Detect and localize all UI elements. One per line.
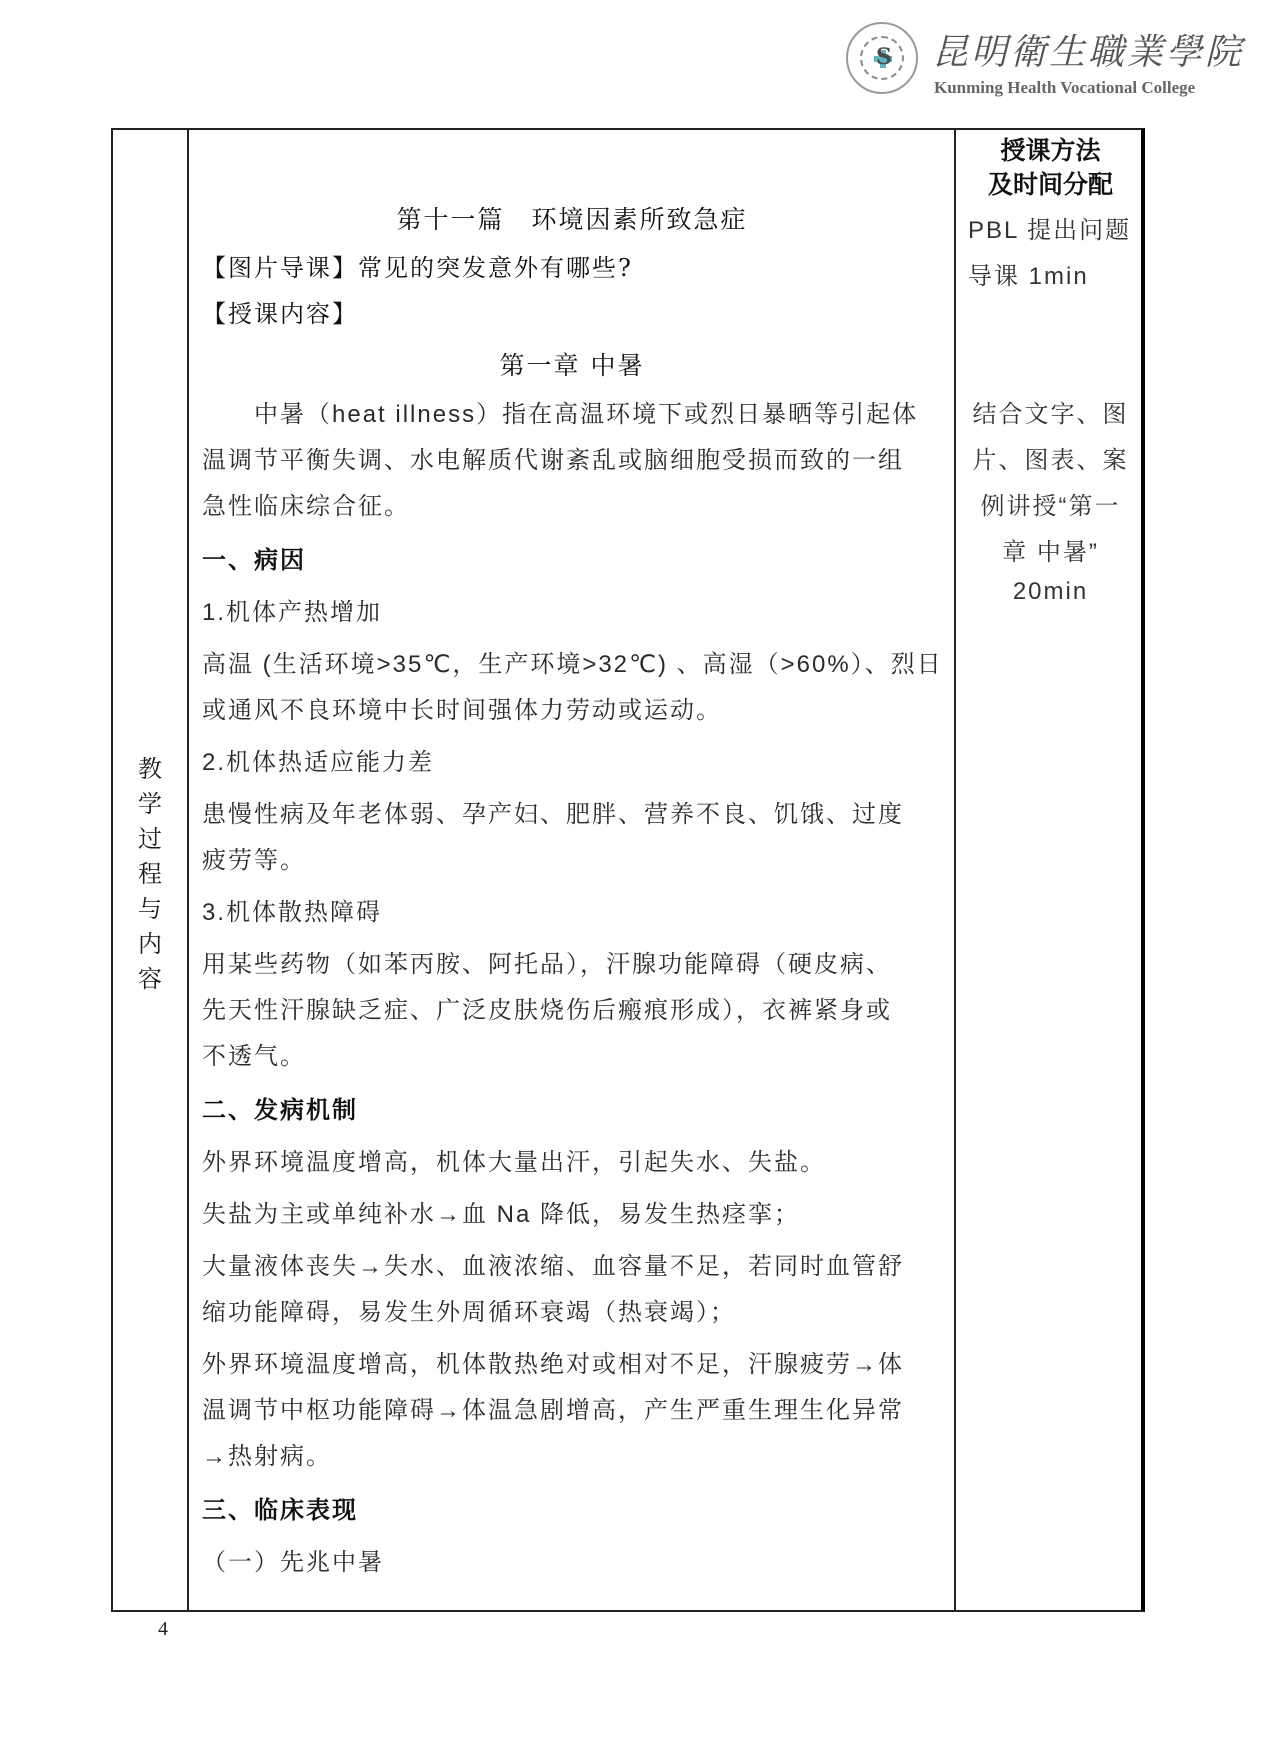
paragraph-line: 患慢性病及年老体弱、孕产妇、肥胖、营养不良、饥饿、过度 <box>202 794 904 829</box>
method-line: 导课 1min <box>956 256 1145 291</box>
definition-line: 中暑（heat illness）指在高温环境下或烈日暴晒等引起体 <box>202 394 918 429</box>
content-label: 【授课内容】 <box>202 294 358 329</box>
intro-label: 【图片导课】常见的突发意外有哪些? <box>202 248 633 283</box>
methods-header-line: 授课方法 <box>956 134 1145 168</box>
subheading: 1.机体产热增加 <box>202 592 382 627</box>
methods-time-cell: 授课方法 及时间分配 PBL 提出问题 导课 1min 结合文字、图 片、图表、… <box>954 130 1143 1610</box>
paragraph-line: 先天性汗腺缺乏症、广泛皮肤烧伤后瘢痕形成），衣裤紧身或 <box>202 990 892 1025</box>
row-label-cell: 教 学 过 程 与 内 容 <box>113 130 189 1610</box>
paragraph-line: 温调节中枢功能障碍→体温急剧增高，产生严重生理生化异常 <box>202 1390 904 1425</box>
paragraph-line: 高温 (生活环境>35℃，生产环境>32℃) 、高湿（>60%）、烈日 <box>202 644 943 679</box>
definition-line: 温调节平衡失调、水电解质代谢紊乱或脑细胞受损而致的一组 <box>202 440 904 475</box>
paragraph-line: 大量液体丧失→失水、血液浓缩、血容量不足，若同时血管舒 <box>202 1246 904 1281</box>
chapter-title: 第一章 中暑 <box>202 346 942 382</box>
subheading: （一）先兆中暑 <box>202 1542 384 1577</box>
row-label-vertical: 教 学 过 程 与 内 容 <box>113 752 187 997</box>
paragraph-line: 不透气。 <box>202 1036 306 1071</box>
section-heading: 三、临床表现 <box>202 1490 358 1525</box>
lesson-plan-table: 教 学 过 程 与 内 容 第十一篇 环境因素所致急症 【图片导课】常见的突发意… <box>111 128 1145 1612</box>
methods-header: 授课方法 及时间分配 <box>956 134 1145 202</box>
college-name-en: Kunming Health Vocational College <box>934 78 1195 98</box>
paragraph-line: 用某些药物（如苯丙胺、阿托品），汗腺功能障碍（硬皮病、 <box>202 944 892 979</box>
paragraph-line: 外界环境温度增高，机体散热绝对或相对不足，汗腺疲劳→体 <box>202 1344 904 1379</box>
paragraph-line: 外界环境温度增高，机体大量出汗，引起失水、失盐。 <box>202 1142 826 1177</box>
page-number: 4 <box>158 1618 168 1641</box>
college-logo: S 昆明衛生職業學院 Kunming Health Vocational Col… <box>846 22 1246 102</box>
paragraph-line: 缩功能障碍，易发生外周循环衰竭（热衰竭）； <box>202 1292 736 1327</box>
paragraph-line: 失盐为主或单纯补水→血 Na 降低，易发生热痉挛； <box>202 1194 800 1229</box>
section-heading: 二、发病机制 <box>202 1090 358 1125</box>
methods-header-line: 及时间分配 <box>956 168 1145 202</box>
method-line: 例讲授“第一 <box>956 486 1145 521</box>
method-line: 片、图表、案 <box>956 440 1145 475</box>
section-heading: 一、病因 <box>202 540 306 575</box>
row-label-char: 容 <box>113 962 187 997</box>
row-label-char: 教 <box>113 752 187 787</box>
college-seal-icon: S <box>846 22 918 94</box>
college-name-cn: 昆明衛生職業學院 <box>932 24 1244 75</box>
subheading: 2.机体热适应能力差 <box>202 742 434 777</box>
method-line: PBL 提出问题 <box>956 210 1145 245</box>
paragraph-line: 或通风不良环境中长时间强体力劳动或运动。 <box>202 690 722 725</box>
paragraph-line: →热射病。 <box>202 1436 332 1471</box>
row-label-char: 过 <box>113 822 187 857</box>
row-label-char: 内 <box>113 927 187 962</box>
subheading: 3.机体散热障碍 <box>202 892 382 927</box>
definition-line: 急性临床综合征。 <box>202 486 410 521</box>
row-label-char: 学 <box>113 787 187 822</box>
method-line: 章 中暑” <box>956 532 1145 567</box>
method-line: 结合文字、图 <box>956 394 1145 429</box>
part-title: 第十一篇 环境因素所致急症 <box>202 200 942 236</box>
method-line: 20min <box>956 578 1145 606</box>
row-label-char: 与 <box>113 892 187 927</box>
row-label-char: 程 <box>113 857 187 892</box>
paragraph-line: 疲劳等。 <box>202 840 306 875</box>
